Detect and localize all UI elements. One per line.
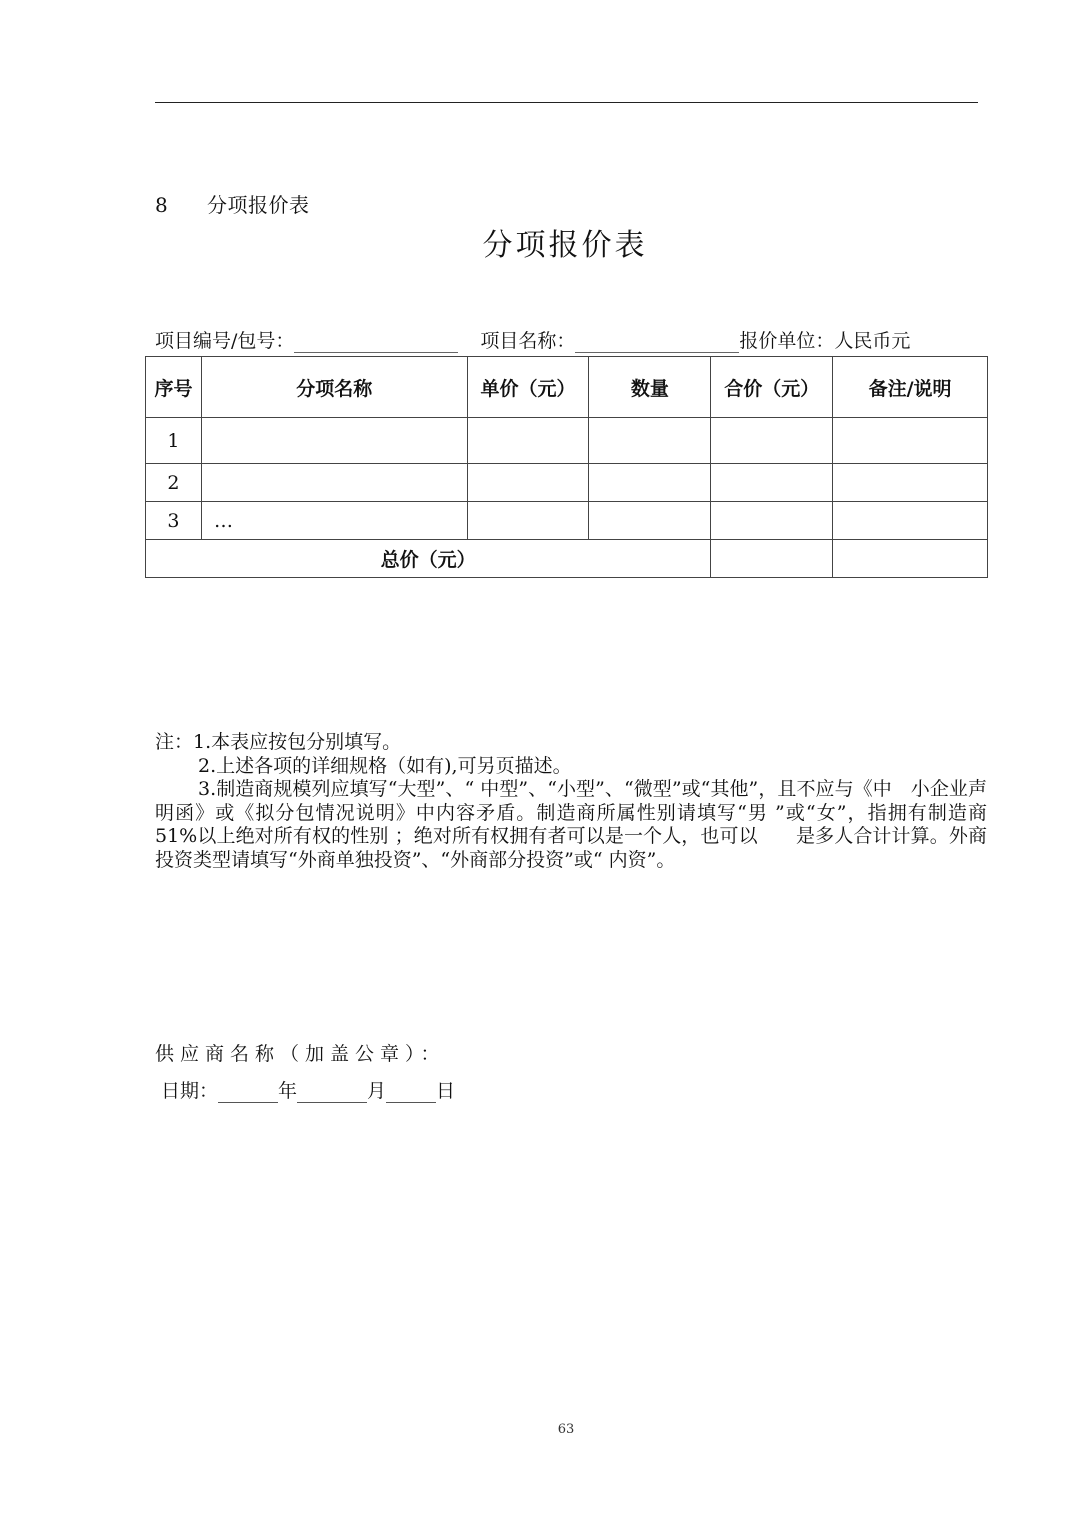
unit-price-cell[interactable] [467,418,589,464]
remarks-cell[interactable] [833,502,988,540]
year-field[interactable] [218,1084,278,1103]
total-label: 总价（元） [146,540,711,578]
currency-label: 报价单位：人民币元 [739,330,910,352]
row-index: 3 [146,502,202,540]
item-name-cell[interactable] [201,418,467,464]
page-number: 63 [0,1422,1080,1437]
header-index: 序号 [146,357,202,418]
header-unit-price: 单价（元） [467,357,589,418]
section-heading: 8分项报价表 [155,189,310,218]
quantity-cell[interactable] [589,418,711,464]
total-row: 总价（元） [146,540,988,578]
section-title: 分项报价表 [207,193,310,217]
date-label: 日期： [161,1080,218,1102]
project-name-field[interactable] [575,334,739,353]
table-row: 2 [146,464,988,502]
project-meta-line: 项目编号/包号：项目名称：报价单位：人民币元 [155,326,975,353]
total-value-cell[interactable] [711,540,833,578]
subtotal-cell[interactable] [711,418,833,464]
remarks-cell[interactable] [833,464,988,502]
section-number: 8 [155,193,207,217]
unit-price-cell[interactable] [467,502,589,540]
table-row: 3 … [146,502,988,540]
header-rule [155,102,978,103]
itemized-quote-table: 序号 分项名称 单价（元） 数量 合价（元） 备注/说明 1 2 3 … 总价（… [145,356,988,578]
day-label: 日 [436,1080,455,1102]
document-title: 分项报价表 [0,220,1080,264]
month-label: 月 [367,1080,386,1102]
project-name-label: 项目名称： [480,330,575,352]
row-index: 2 [146,464,202,502]
notes-prefix: 注： [155,731,193,753]
note-item-1: 注：1.本表应按包分别填写。 [155,731,987,755]
month-field[interactable] [297,1084,367,1103]
remarks-cell[interactable] [833,418,988,464]
date-line: 日期：年月日 [161,1076,455,1103]
day-field[interactable] [386,1084,436,1103]
header-subtotal: 合价（元） [711,357,833,418]
table-header-row: 序号 分项名称 单价（元） 数量 合价（元） 备注/说明 [146,357,988,418]
project-number-label: 项目编号/包号： [155,330,294,352]
item-name-cell[interactable] [201,464,467,502]
subtotal-cell[interactable] [711,464,833,502]
table-row: 1 [146,418,988,464]
quantity-cell[interactable] [589,502,711,540]
header-remarks: 备注/说明 [833,357,988,418]
supplier-name-label: 供应商名称（加盖公章）： [155,1039,446,1066]
project-number-field[interactable] [294,334,458,353]
item-name-cell[interactable]: … [201,502,467,540]
quantity-cell[interactable] [589,464,711,502]
year-label: 年 [278,1080,297,1102]
total-remarks-cell[interactable] [833,540,988,578]
note-item-3: 3.制造商规模列应填写“大型”、“ 中型”、“小型”、“微型”或“其他”，且不应… [155,778,987,872]
note-item-2: 2.上述各项的详细规格（如有),可另页描述。 [155,755,987,779]
header-item-name: 分项名称 [201,357,467,418]
row-index: 1 [146,418,202,464]
subtotal-cell[interactable] [711,502,833,540]
unit-price-cell[interactable] [467,464,589,502]
header-quantity: 数量 [589,357,711,418]
notes-section: 注：1.本表应按包分别填写。 2.上述各项的详细规格（如有),可另页描述。 3.… [155,731,987,872]
